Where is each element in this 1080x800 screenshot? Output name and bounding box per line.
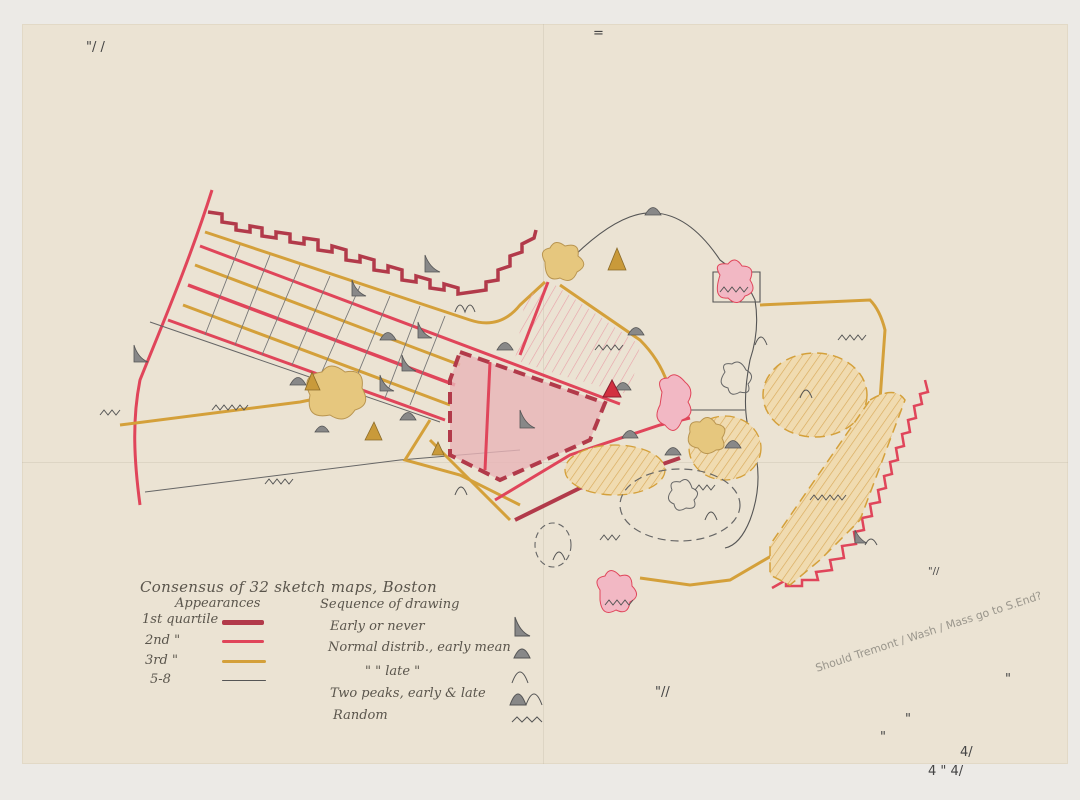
- boylston-street-path: [188, 285, 455, 385]
- two-peaks-icon: [510, 694, 526, 705]
- two-peaks-icon: [455, 305, 475, 312]
- gold-triangle-icon: [608, 248, 626, 270]
- sequence-label-two-peaks: Two peaks, early & late: [330, 686, 486, 701]
- random-icon: [265, 479, 293, 484]
- sequence-label-random: Random: [333, 708, 388, 723]
- sequence-label-normal-late: " " late ": [365, 664, 420, 679]
- random-icon: [838, 335, 866, 340]
- two-peaks-icon: [526, 694, 542, 705]
- charles-river-edge: [208, 212, 536, 294]
- mass-ave-path: [135, 190, 212, 505]
- normal-late-icon: [512, 672, 528, 683]
- charles-circle-node: [542, 242, 583, 280]
- newbury-street-path: [195, 265, 460, 365]
- normal-early-icon: [628, 328, 644, 336]
- south-cove-dashed-district: [620, 469, 740, 541]
- waterfront-hatched-district: [763, 353, 867, 437]
- chinatown-hatched-district: [565, 445, 665, 495]
- sequence-label-early: Early or never: [330, 619, 425, 634]
- margin-mark: ": [905, 712, 911, 727]
- pencil-node-2: [668, 480, 697, 511]
- margin-mark: 4 " 4/: [928, 764, 963, 779]
- back-bay-pencil-line: [150, 322, 440, 422]
- legend-sequence-glyphs: [510, 617, 542, 722]
- margin-mark: ": [880, 730, 886, 745]
- margin-mark: ": [1005, 672, 1011, 687]
- appearances-heading: Appearances: [175, 596, 260, 611]
- random-icon: [695, 485, 715, 490]
- normal-early-icon: [315, 426, 329, 432]
- normal-early-icon: [290, 378, 306, 386]
- random-icon: [512, 717, 542, 722]
- normal-late-icon: [755, 337, 767, 345]
- sequence-heading: Sequence of drawing: [320, 597, 460, 612]
- legend-label-5-8: 5-8: [150, 672, 171, 687]
- sequence-label-normal-early: Normal distrib., early mean: [328, 640, 511, 655]
- legend-line-3rd-quartile: [222, 660, 266, 663]
- early-or-never-icon: [515, 617, 530, 636]
- legend-line-2nd-quartile: [222, 640, 264, 643]
- haymarket-node: [717, 260, 753, 303]
- corner-mark: "/ /: [86, 40, 105, 55]
- normal-early-icon: [380, 333, 396, 341]
- normal-early-icon: [400, 413, 416, 421]
- normal-early-icon: [645, 208, 661, 216]
- scollay-node: [657, 375, 691, 431]
- small-dashed-district: [535, 523, 571, 567]
- normal-late-icon: [455, 487, 467, 495]
- legend-line-5-8: [222, 680, 266, 681]
- early-or-never-icon: [134, 345, 148, 362]
- legend-label-2nd-quartile: 2nd ": [145, 633, 180, 648]
- map-title: Consensus of 32 sketch maps, Boston: [140, 578, 437, 596]
- gold-triangle-icon: [365, 422, 382, 440]
- normal-early-icon: [665, 448, 681, 456]
- south-station-node: [597, 571, 637, 613]
- top-mark: =: [593, 26, 604, 41]
- legend-label-1st-quartile: 1st quartile: [142, 612, 218, 627]
- early-or-never-icon: [425, 255, 440, 272]
- copley-node: [307, 366, 366, 419]
- random-icon: [600, 535, 620, 540]
- normal-late-icon: [553, 552, 565, 560]
- normal-early-icon: [514, 649, 530, 658]
- margin-mark: "//: [928, 566, 939, 577]
- two-peaks-icon: [865, 539, 877, 545]
- margin-mark: "//: [655, 685, 670, 700]
- legend-label-3rd-quartile: 3rd ": [145, 653, 178, 668]
- legend-line-1st-quartile: [222, 620, 264, 625]
- normal-late-icon: [705, 512, 717, 520]
- normal-early-icon: [497, 343, 513, 351]
- random-icon: [100, 410, 120, 415]
- margin-mark: 4/: [960, 745, 973, 760]
